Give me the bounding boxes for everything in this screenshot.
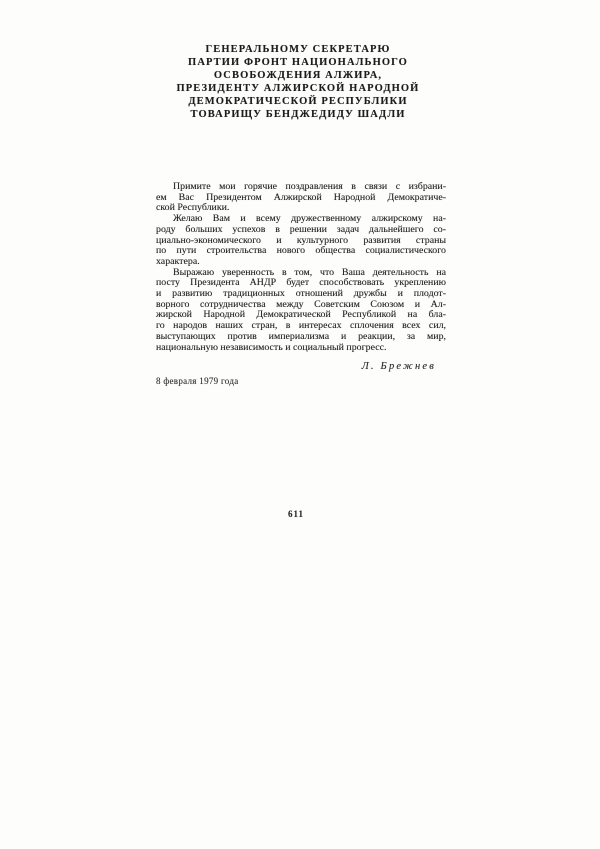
recipient-heading: ГЕНЕРАЛЬНОМУ СЕКРЕТАРЮ ПАРТИИ ФРОНТ НАЦИ…	[150, 43, 446, 121]
paragraph-2: Желаю Вам и всему дружественному алжирск…	[156, 214, 446, 268]
book-page: ГЕНЕРАЛЬНОМУ СЕКРЕТАРЮ ПАРТИИ ФРОНТ НАЦИ…	[0, 0, 600, 849]
page-number: 611	[0, 509, 592, 519]
recipient-line: ГЕНЕРАЛЬНОМУ СЕКРЕТАРЮ	[150, 43, 446, 56]
recipient-line: ТОВАРИЩУ БЕНДЖЕДИДУ ШАДЛИ	[150, 108, 446, 121]
body-line: роду больших успехов в решении задач дал…	[156, 225, 446, 236]
body-line: национальную независимость и социальный …	[156, 343, 446, 354]
paragraph-3: Выражаю уверенность в том, что Ваша деят…	[156, 268, 446, 354]
recipient-line: ДЕМОКРАТИЧЕСКОЙ РЕСПУБЛИКИ	[150, 95, 446, 108]
recipient-line: ПРЕЗИДЕНТУ АЛЖИРСКОЙ НАРОДНОЙ	[150, 82, 446, 95]
paragraph-1: Примите мои горячие поздравления в связи…	[156, 182, 446, 214]
signature: Л. Брежнев	[156, 361, 446, 372]
body-line: выступающих против империализма и реакци…	[156, 332, 446, 343]
recipient-line: ОСВОБОЖДЕНИЯ АЛЖИРА,	[150, 69, 446, 82]
letter-date: 8 февраля 1979 года	[156, 376, 446, 386]
text-column: ГЕНЕРАЛЬНОМУ СЕКРЕТАРЮ ПАРТИИ ФРОНТ НАЦИ…	[156, 43, 446, 386]
recipient-line: ПАРТИИ ФРОНТ НАЦИОНАЛЬНОГО	[150, 56, 446, 69]
letter-body: Примите мои горячие поздравления в связи…	[156, 182, 446, 353]
